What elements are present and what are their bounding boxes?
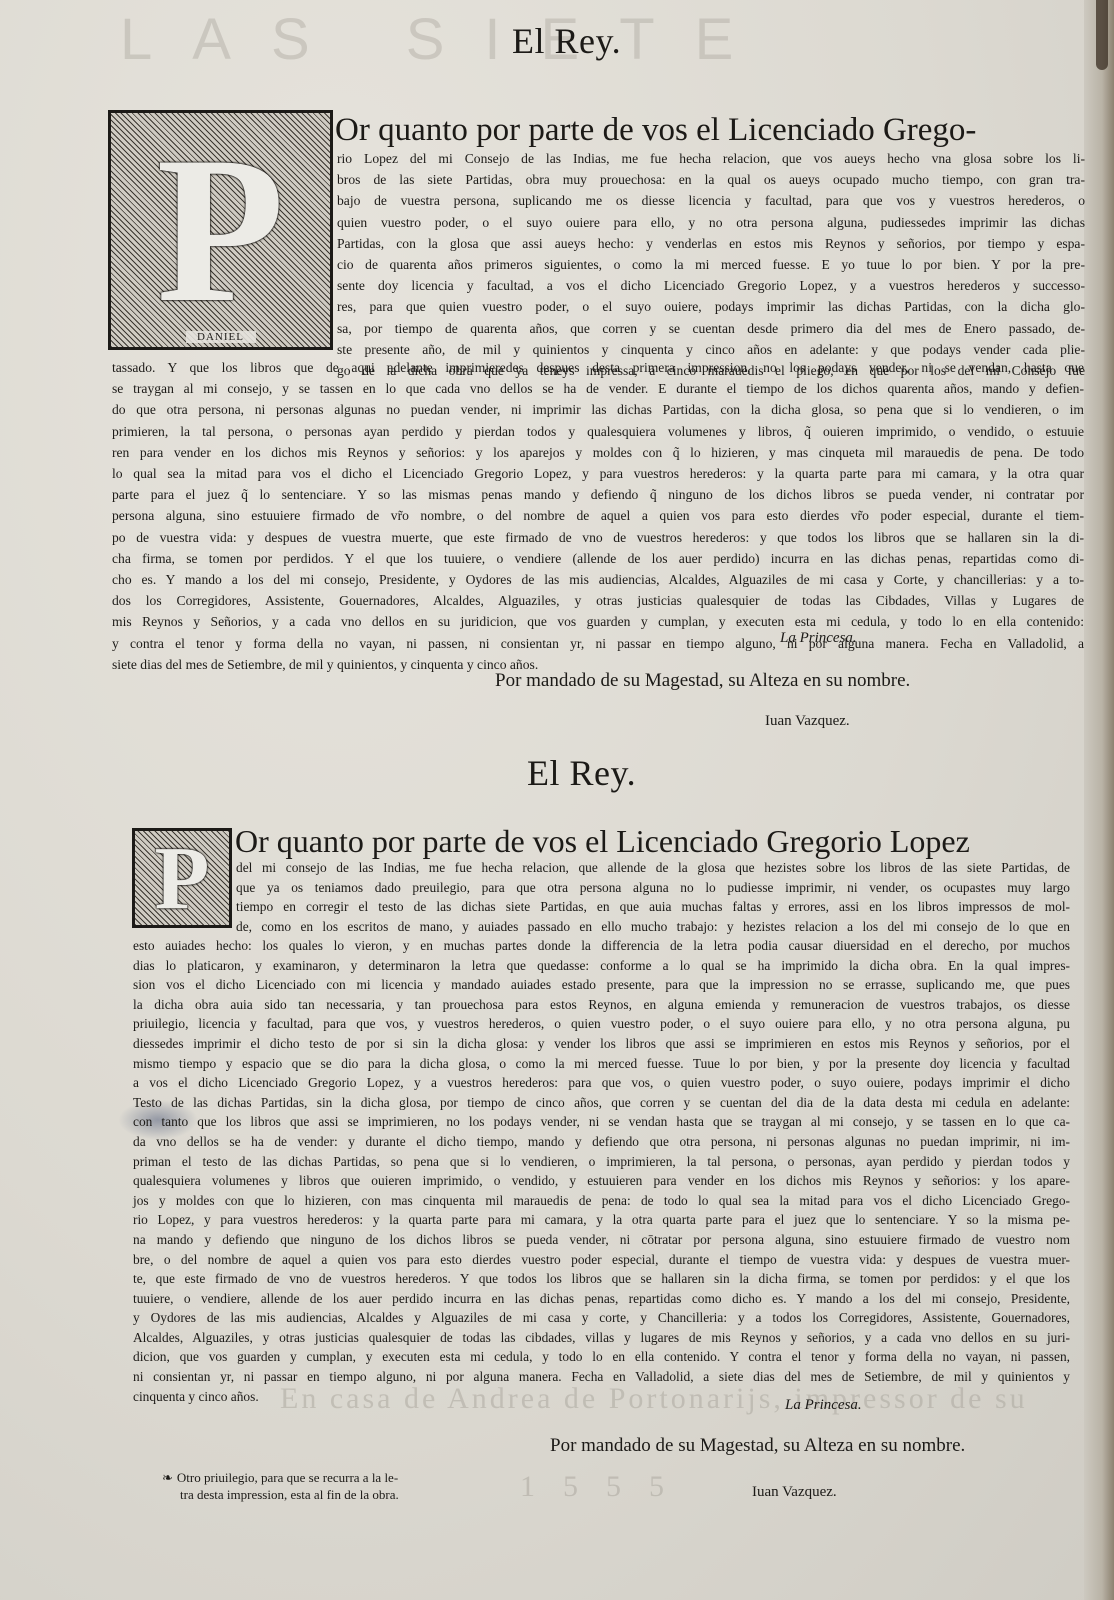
- text-line: cho es. Y mando a los del mi consejo, Pr…: [112, 569, 1084, 590]
- text-line: priman el testo de las dichas Partidas, …: [133, 1152, 1070, 1172]
- footnote-line: tra desta impression, esta al fin de la …: [162, 1486, 399, 1503]
- signature-mandate: Por mandado de su Magestad, su Alteza en…: [550, 1435, 965, 1457]
- text-line: mis Reynos y Señorios, y a cada vno dell…: [112, 611, 1084, 632]
- text-line: persona alguna, sino estuuiere firmado d…: [112, 505, 1084, 526]
- text-line: qualesquiera volumenes y libros que ouie…: [133, 1171, 1070, 1191]
- full-width-text-block: esto auiades hecho: los quales lo vieron…: [133, 936, 1070, 1406]
- text-line: Testo de las dichas Partidas, sin la dic…: [133, 1093, 1070, 1113]
- signature-mandate: Por mandado de su Magestad, su Alteza en…: [495, 670, 910, 692]
- text-line: cha firma, se tomen por perdidos. Y el q…: [112, 548, 1084, 569]
- text-line: con tanto que los libros que assi se imp…: [133, 1112, 1070, 1132]
- fleuron-icon: ❧: [162, 1470, 173, 1485]
- woodcut-initial-p: P DANIEL: [108, 110, 333, 350]
- section-heading: El Rey.: [527, 752, 636, 794]
- text-line: mismo tiempo y espacio que se dio para l…: [133, 1054, 1070, 1074]
- text-line: te, que este firmado de vno de vuestros …: [133, 1269, 1070, 1289]
- text-line: tuuiere, o vendiere, allende de los auer…: [133, 1289, 1070, 1309]
- text-line: dos los Corregidores, Assistente, Gouern…: [112, 590, 1084, 611]
- text-line: cio de quarenta años primeros siguientes…: [337, 254, 1085, 275]
- text-line: de, como en los escritos de mano, y auia…: [236, 917, 1070, 937]
- text-line: del mi consejo de las Indias, me fue hec…: [236, 858, 1070, 878]
- text-line: rio Lopez del mi Consejo de las Indias, …: [337, 148, 1085, 169]
- text-line: quien vuestro poder, o el suyo ouiere pa…: [337, 212, 1085, 233]
- text-line: bre, o del nombre de aquel a quien vos p…: [133, 1250, 1070, 1270]
- text-line: esto auiades hecho: los quales lo vieron…: [133, 936, 1070, 956]
- binding-stain: [1096, 0, 1108, 70]
- text-line: primieren, la tal persona, o personas ay…: [112, 421, 1084, 442]
- text-line: tiempo en corregir el testo de las dicha…: [236, 897, 1070, 917]
- indented-text-block: del mi consejo de las Indias, me fue hec…: [236, 858, 1070, 936]
- text-line: Alcaldes, Alguaziles, y otras justicias …: [133, 1328, 1070, 1348]
- text-line: do que otra persona, ni personas algunas…: [112, 399, 1084, 420]
- woodcut-initial-p: P: [132, 828, 232, 928]
- text-line: jos y moldes con que lo hizieren, con ma…: [133, 1191, 1070, 1211]
- text-line: dias lo platicaron, y examinaron, y dete…: [133, 956, 1070, 976]
- text-line: Partidas, con la glosa que assi aueys he…: [337, 233, 1085, 254]
- text-line: priuilegio, licencia y facultad, para qu…: [133, 1014, 1070, 1034]
- text-line: y contra el tenor y forma della no vayan…: [112, 633, 1084, 654]
- text-line: a vos el dicho Licenciado Gregorio Lopez…: [133, 1073, 1070, 1093]
- text-line: res, para que quien vuestro poder, o el …: [337, 296, 1085, 317]
- signature-princess: La Princesa.: [785, 1397, 862, 1414]
- text-line: na mando y defiendo que ninguno de los d…: [133, 1230, 1070, 1250]
- text-line: la dicha obra auia sido tan necessaria, …: [133, 995, 1070, 1015]
- initial-letter: P: [111, 113, 330, 347]
- signature-secretary: Iuan Vazquez.: [752, 1484, 837, 1501]
- text-line: tassado. Y que los libros que de aqui ad…: [112, 357, 1084, 378]
- text-line: da vno dellos se ha de vender: y durante…: [133, 1132, 1070, 1152]
- text-line: bros de las siete Partidas, obra muy pro…: [337, 169, 1085, 190]
- text-line: se traygan al mi consejo, y se tassen en…: [112, 378, 1084, 399]
- initial-letter: P: [135, 831, 229, 925]
- opening-line: Or quanto por parte de vos el Licenciado…: [235, 823, 970, 859]
- section-heading: El Rey.: [512, 20, 621, 62]
- text-line: sa, por tiempo de quarenta años, que cor…: [337, 318, 1085, 339]
- text-line: cinquenta y cinco años.: [133, 1387, 1070, 1407]
- text-line: rio Lopez, y para vuestros herederos: y …: [133, 1210, 1070, 1230]
- footnote-line: Otro priuilegio, para que se recurra a l…: [177, 1470, 398, 1485]
- text-line: dicion, que vos guarden y cumplan, y exe…: [133, 1347, 1070, 1367]
- text-line: parte para el juez q̃ lo sentenciare. Y …: [112, 484, 1084, 505]
- text-line: y Oydores de las mis audiencias, Alcalde…: [133, 1308, 1070, 1328]
- text-line: lo qual sea la mitad para vos el dicho e…: [112, 463, 1084, 484]
- initial-caption: DANIEL: [186, 331, 256, 343]
- text-line: sente doy licencia y facultad, a vos el …: [337, 275, 1085, 296]
- opening-line: Or quanto por parte de vos el Licenciado…: [335, 112, 976, 148]
- text-line: bajo de vuestra persona, suplicando me o…: [337, 190, 1085, 211]
- text-line: ni consientan yr, ni passar en tiempo al…: [133, 1367, 1070, 1387]
- footnote: ❧Otro priuilegio, para que se recurra a …: [162, 1469, 399, 1503]
- signature-secretary: Iuan Vazquez.: [765, 713, 850, 730]
- text-line: sion vos el dicho Licenciado con mi lice…: [133, 975, 1070, 995]
- indented-text-block: rio Lopez del mi Consejo de las Indias, …: [337, 148, 1085, 381]
- bleed-through-header: LAS SIETE: [120, 6, 773, 73]
- signature-princess: La Princesa.: [780, 630, 857, 647]
- bleed-through-year: 1555: [520, 1470, 692, 1504]
- document-page: LAS SIETE En casa de Andrea de Portonari…: [0, 0, 1114, 1600]
- text-line: po de vuestra vida: y despues de vuestra…: [112, 527, 1084, 548]
- full-width-text-block: tassado. Y que los libros que de aqui ad…: [112, 357, 1084, 675]
- page-edge: [1084, 0, 1114, 1600]
- text-line: ren para vender en los dichos mis Reynos…: [112, 442, 1084, 463]
- text-line: que ya os teniamos dado preuilegio, para…: [236, 878, 1070, 898]
- text-line: diessedes imprimir el dicho testo de por…: [133, 1034, 1070, 1054]
